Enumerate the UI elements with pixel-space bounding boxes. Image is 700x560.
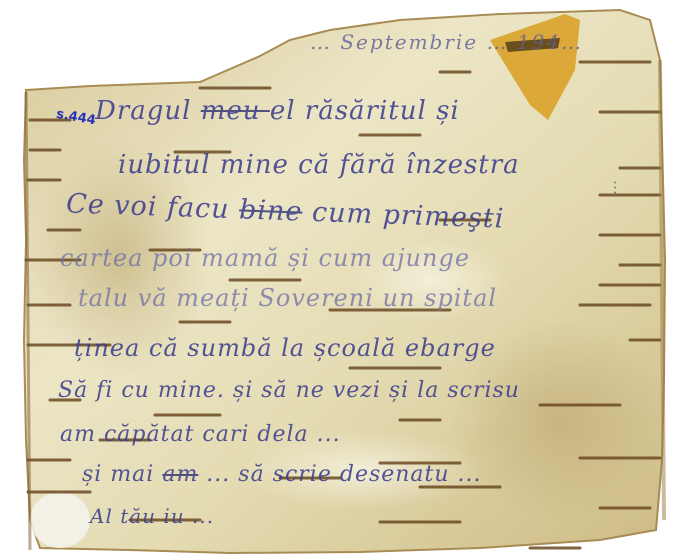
letter-line-5: talu vă meați Sovereni un spital (78, 284, 497, 312)
letter-line-4: cartea poi mamă și cum ajunge (60, 244, 470, 272)
letter-line-7: Să fi cu mine. și să ne vezi și la scris… (58, 378, 520, 403)
letter-line-1: Dragul meu el răsăritul și (95, 96, 460, 126)
letter-line-9: și mai am ... să scrie desenatu ... (82, 462, 482, 487)
letter-line-6: ținea că sumbă la școală ebarge (74, 334, 496, 362)
letter-line-2: iubitul mine că fără înzestra (118, 150, 520, 180)
letter-line-10: Al tău iu ... (90, 504, 214, 528)
letter-line-8: am căpătat cari dela ... (60, 422, 341, 447)
margin-vertical-note: … (610, 180, 628, 195)
letter-date: … Septembrie … 194… (310, 30, 583, 54)
